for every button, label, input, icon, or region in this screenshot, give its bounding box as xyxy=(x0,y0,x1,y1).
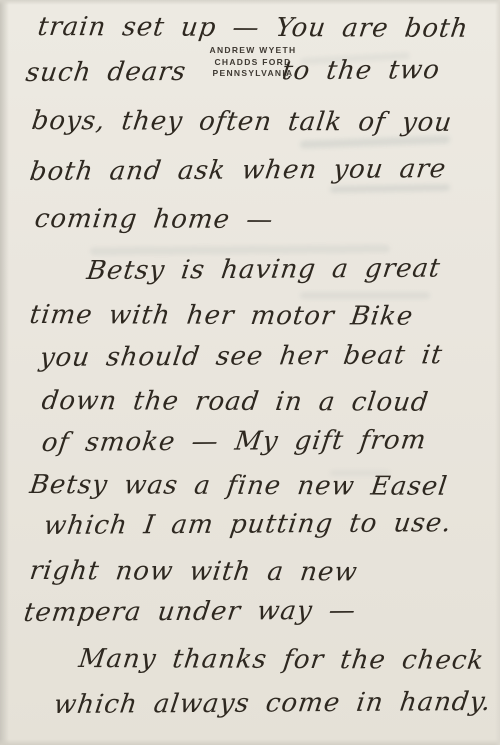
handwriting-line: train set up — You are both xyxy=(36,12,470,44)
handwriting-segment: such dears xyxy=(24,57,188,88)
page-edge-shadow-left xyxy=(0,0,9,745)
handwriting-line: time with her motor Bike xyxy=(28,300,415,332)
letter-page: ANDREW WYETH CHADDS FORD PENNSYLVANIA tr… xyxy=(0,0,500,745)
ink-bleed-through xyxy=(330,184,450,193)
handwriting-line: Betsy was a fine new Easel xyxy=(28,470,449,502)
handwriting-segment: to the two xyxy=(280,55,442,86)
handwriting-line: which I am putting to use. xyxy=(42,508,454,541)
page-edge-shadow-top xyxy=(0,0,500,5)
handwriting-line: boys, they often talk of you xyxy=(30,106,454,138)
handwriting-line: of smoke — My gift from xyxy=(40,425,428,458)
handwriting-line: you should see her beat it xyxy=(38,340,445,373)
page-edge-shadow-bottom xyxy=(0,739,500,745)
handwriting-line: coming home — xyxy=(33,204,275,235)
handwriting-line: Betsy is having a great xyxy=(85,254,443,286)
handwriting-line: such dearsto the two xyxy=(24,55,442,88)
handwriting-line: right now with a new xyxy=(28,556,360,587)
page-edge-shadow-right xyxy=(495,0,500,745)
handwriting-line: tempera under way — xyxy=(22,596,358,628)
ink-bleed-through xyxy=(300,292,430,299)
handwriting-line: both and ask when you are xyxy=(28,154,448,187)
handwriting-line: Many thanks for the check xyxy=(77,644,486,676)
letterhead-name: ANDREW WYETH xyxy=(203,45,303,57)
letterhead-gap xyxy=(185,79,281,80)
handwriting-line: down the road in a cloud xyxy=(40,386,431,418)
handwriting-line: which always come in handy. xyxy=(52,687,493,720)
